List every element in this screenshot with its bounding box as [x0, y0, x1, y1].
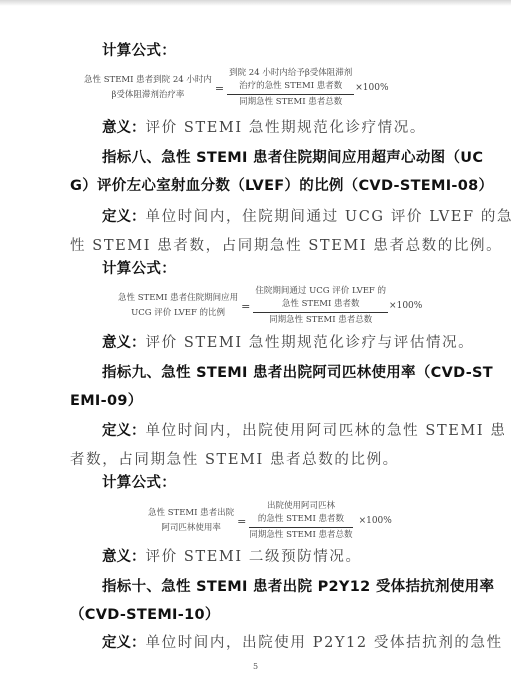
- definition-text: 单位时间内，住院期间通过 UCG 评价 LVEF 的急: [146, 209, 511, 225]
- indicator-10-heading-line1: 指标十、急性 STEMI 患者出院 P2Y12 受体拮抗剂使用率: [102, 578, 494, 596]
- formula-label: 计算公式：: [102, 42, 176, 60]
- indicator-9-heading-line1: 指标九、急性 STEMI 患者出院阿司匹林使用率（CVD-ST: [102, 364, 493, 382]
- formula-indicator-8: 急性 STEMI 患者住院期间应用 UCG 评价 LVEF 的比例 = 住院期间…: [118, 285, 422, 327]
- formula-lhs-line: β受体阻滞剂治疗率: [84, 88, 212, 103]
- denominator: 同期急性 STEMI 患者总数: [249, 529, 352, 542]
- formula-lhs: 急性 STEMI 患者住院期间应用 UCG 评价 LVEF 的比例: [118, 291, 238, 321]
- formula-label: 计算公式：: [102, 260, 176, 278]
- document-page: 计算公式： 急性 STEMI 患者到院 24 小时内 β受体阻滞剂治疗率 = 到…: [0, 0, 511, 694]
- definition-line: 定义：单位时间内，出院使用阿司匹林的急性 STEMI 患: [102, 422, 506, 440]
- multiplier: ×100%: [389, 301, 422, 311]
- formula-lhs: 急性 STEMI 患者出院 阿司匹林使用率: [148, 506, 234, 536]
- equals-sign: =: [215, 82, 224, 95]
- definition-line-2: 者数，占同期急性 STEMI 患者总数的比例。: [70, 451, 399, 469]
- equals-sign: =: [241, 300, 250, 313]
- denominator: 同期急性 STEMI 患者总数: [239, 96, 342, 109]
- formula-lhs-line: 急性 STEMI 患者住院期间应用: [118, 291, 238, 306]
- definition-text: 单位时间内，出院使用 P2Y12 受体拮抗剂的急性: [146, 635, 503, 651]
- formula-label: 计算公式：: [102, 474, 176, 492]
- fraction-bar: [253, 312, 388, 313]
- formula-indicator-7: 急性 STEMI 患者到院 24 小时内 β受体阻滞剂治疗率 = 到院 24 小…: [84, 67, 389, 109]
- meaning-label: 意义：: [102, 120, 146, 136]
- formula-lhs: 急性 STEMI 患者到院 24 小时内 β受体阻滞剂治疗率: [84, 73, 212, 103]
- numerator-line: 住院期间通过 UCG 评价 LVEF 的: [255, 285, 386, 298]
- formula-indicator-9: 急性 STEMI 患者出院 阿司匹林使用率 = 出院使用阿司匹林 的急性 STE…: [148, 500, 392, 542]
- meaning-text: 评价 STEMI 急性期规范化诊疗与评估情况。: [146, 335, 475, 351]
- fraction: 到院 24 小时内给予β受体阻滞剂 治疗的急性 STEMI 患者数 同期急性 S…: [227, 67, 354, 109]
- numerator-line: 到院 24 小时内给予β受体阻滞剂: [229, 67, 352, 80]
- meaning-line: 意义：评价 STEMI 急性期规范化诊疗情况。: [102, 119, 426, 137]
- meaning-label: 意义：: [102, 549, 146, 565]
- numerator-line: 治疗的急性 STEMI 患者数: [229, 80, 352, 93]
- multiplier: ×100%: [355, 83, 388, 93]
- definition-label: 定义：: [102, 423, 146, 439]
- formula-lhs-line: UCG 评价 LVEF 的比例: [118, 306, 238, 321]
- multiplier: ×100%: [359, 516, 392, 526]
- fraction-bar: [227, 94, 354, 95]
- formula-lhs-line: 急性 STEMI 患者出院: [148, 506, 234, 521]
- fraction-bar: [249, 527, 352, 528]
- meaning-text: 评价 STEMI 急性期规范化诊疗情况。: [146, 120, 426, 136]
- indicator-8-heading-line2: G）评价左心室射血分数（LVEF）的比例（CVD-STEMI-08）: [70, 177, 493, 195]
- fraction: 出院使用阿司匹林 的急性 STEMI 患者数 同期急性 STEMI 患者总数: [249, 500, 352, 542]
- indicator-10-heading-line2: （CVD-STEMI-10）: [70, 606, 220, 624]
- formula-lhs-line: 急性 STEMI 患者到院 24 小时内: [84, 73, 212, 88]
- meaning-line: 意义：评价 STEMI 急性期规范化诊疗与评估情况。: [102, 334, 474, 352]
- definition-label: 定义：: [102, 635, 146, 651]
- meaning-label: 意义：: [102, 335, 146, 351]
- meaning-line: 意义：评价 STEMI 二级预防情况。: [102, 548, 362, 566]
- numerator: 到院 24 小时内给予β受体阻滞剂 治疗的急性 STEMI 患者数: [227, 67, 354, 93]
- definition-line: 定义：单位时间内，出院使用 P2Y12 受体拮抗剂的急性: [102, 634, 503, 652]
- numerator-line: 的急性 STEMI 患者数: [258, 513, 344, 526]
- formula-lhs-line: 阿司匹林使用率: [148, 521, 234, 536]
- denominator: 同期急性 STEMI 患者总数: [269, 314, 372, 327]
- meaning-text: 评价 STEMI 二级预防情况。: [146, 549, 362, 565]
- numerator: 住院期间通过 UCG 评价 LVEF 的 急性 STEMI 患者数: [253, 285, 388, 311]
- definition-label: 定义：: [102, 209, 146, 225]
- numerator-line: 急性 STEMI 患者数: [255, 298, 386, 311]
- definition-line: 定义：单位时间内，住院期间通过 UCG 评价 LVEF 的急: [102, 208, 511, 226]
- numerator: 出院使用阿司匹林 的急性 STEMI 患者数: [256, 500, 346, 526]
- definition-text: 单位时间内，出院使用阿司匹林的急性 STEMI 患: [146, 423, 507, 439]
- page-number: 5: [253, 662, 258, 671]
- numerator-line: 出院使用阿司匹林: [258, 500, 344, 513]
- equals-sign: =: [237, 515, 246, 528]
- fraction: 住院期间通过 UCG 评价 LVEF 的 急性 STEMI 患者数 同期急性 S…: [253, 285, 388, 327]
- indicator-8-heading-line1: 指标八、急性 STEMI 患者住院期间应用超声心动图（UC: [102, 149, 483, 167]
- definition-line-2: 性 STEMI 患者数，占同期急性 STEMI 患者总数的比例。: [70, 237, 502, 255]
- indicator-9-heading-line2: EMI-09）: [70, 392, 143, 410]
